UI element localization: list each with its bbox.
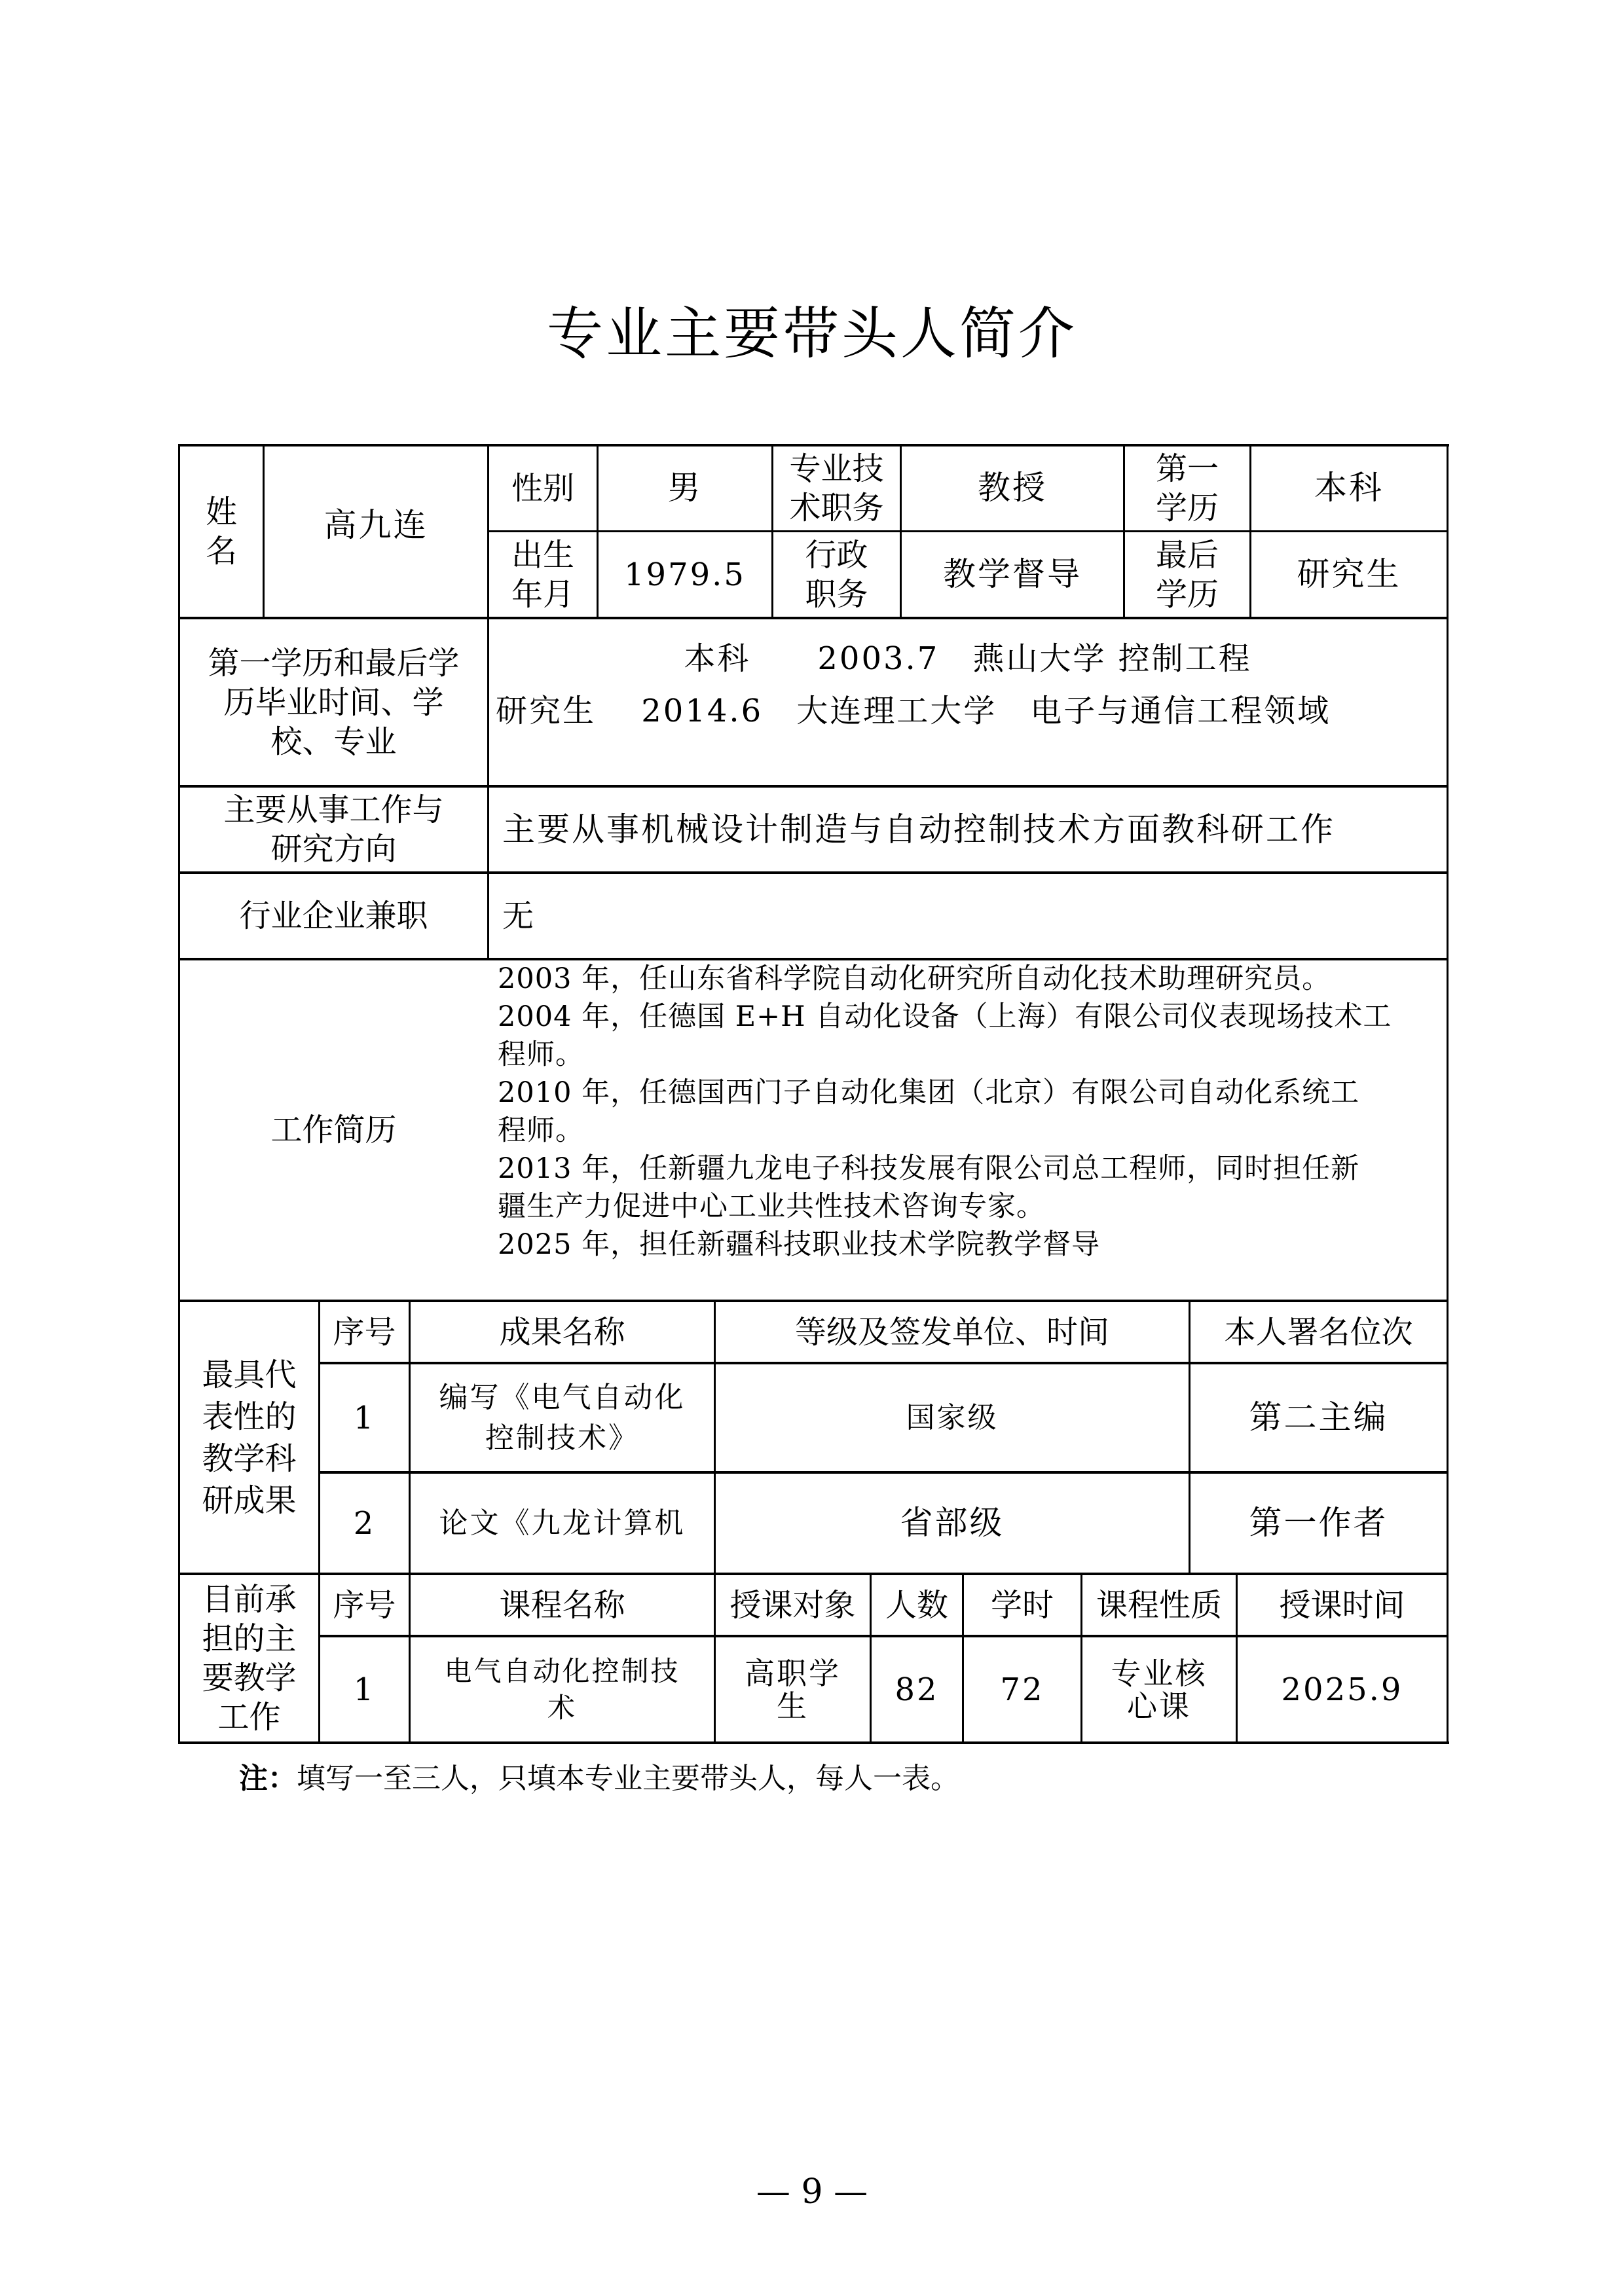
education-line-last: 研究生 2014.6 大连理工大学 电子与通信工程领域	[483, 685, 1453, 737]
footnote-text: 填写一至三人，只填本专业主要带头人，每人一表。	[297, 1762, 959, 1795]
teaching-row-1-course: 电气自动化控制技术	[411, 1637, 714, 1741]
resume-text: 2003 年，任山东省科学院自动化研究所自动化技术助理研究员。 2004 年，任…	[498, 960, 1441, 1264]
birth-value: 1979.5	[599, 532, 771, 617]
resume-line: 2010 年，任德国西门子自动化集团（北京）有限公司自动化系统工	[498, 1074, 1441, 1112]
teaching-row-1-time: 2025.9	[1238, 1637, 1447, 1741]
achievement-row-1-no: 1	[320, 1364, 409, 1471]
achievement-row-2-name: 论文《九龙计算机	[411, 1474, 714, 1573]
title-value: 教授	[902, 446, 1123, 530]
page-title: 专业主要带头人简介	[0, 288, 1624, 369]
table-border-right	[1447, 444, 1449, 1744]
teaching-header-audience: 授课对象	[716, 1575, 870, 1635]
resume-line: 2013 年，任新疆九龙电子科技发展有限公司总工程师，同时担任新	[498, 1150, 1441, 1188]
parttime-value: 无	[489, 874, 1447, 958]
achievement-row-1-rank: 第二主编	[1190, 1364, 1447, 1471]
parttime-label: 行业企业兼职	[180, 874, 487, 958]
resume-label: 工作简历	[180, 960, 487, 1300]
page-number: — 9 —	[0, 2172, 1624, 2212]
last-degree-label: 最后学历	[1125, 532, 1249, 617]
first-degree-value: 本科	[1251, 446, 1447, 530]
teaching-label: 目前承担的主要教学工作	[180, 1575, 318, 1741]
last-degree-value: 研究生	[1251, 532, 1447, 617]
research-value: 主要从事机械设计制造与自动控制技术方面教科研工作	[489, 788, 1447, 871]
teaching-header-no: 序号	[320, 1575, 409, 1635]
footnote: 注：填写一至三人，只填本专业主要带头人，每人一表。	[239, 1755, 959, 1796]
achievement-row-2-rank: 第一作者	[1190, 1474, 1447, 1573]
teaching-header-type: 课程性质	[1082, 1575, 1236, 1635]
achievements-header-level: 等级及签发单位、时间	[716, 1302, 1189, 1362]
achievements-header-name: 成果名称	[411, 1302, 714, 1362]
teaching-header-hours: 学时	[964, 1575, 1080, 1635]
resume-line: 程师。	[498, 1112, 1441, 1150]
teaching-row-1-hours: 72	[964, 1637, 1080, 1741]
achievements-header-no: 序号	[320, 1302, 409, 1362]
education-label: 第一学历和最后学历毕业时间、学校、专业	[180, 619, 487, 785]
birth-label: 出生年月	[489, 532, 597, 617]
achievement-row-1-level: 国家级	[716, 1364, 1189, 1471]
education-line-first: 本科 2003.7 燕山大学 控制工程	[684, 632, 1251, 685]
education-value: 本科 2003.7 燕山大学 控制工程 研究生 2014.6 大连理工大学 电子…	[489, 619, 1447, 785]
resume-line: 2025 年，担任新疆科技职业技术学院教学督导	[498, 1226, 1441, 1264]
teaching-row-1-count: 82	[872, 1637, 962, 1741]
name-label: 姓名	[180, 446, 263, 617]
resume-line: 疆生产力促进中心工业共性技术咨询专家。	[498, 1188, 1441, 1226]
footnote-prefix: 注：	[239, 1762, 297, 1795]
admin-label: 行政职务	[773, 532, 900, 617]
teaching-header-course: 课程名称	[411, 1575, 714, 1635]
teaching-row-1-no: 1	[320, 1637, 409, 1741]
resume-line: 2003 年，任山东省科学院自动化研究所自动化技术助理研究员。	[498, 960, 1441, 998]
teaching-row-1-type: 专业核心课	[1082, 1637, 1236, 1741]
teaching-header-time: 授课时间	[1238, 1575, 1447, 1635]
achievement-row-2-no: 2	[320, 1474, 409, 1573]
name-value: 高九连	[265, 446, 487, 617]
gender-value: 男	[599, 446, 771, 530]
achievements-header-rank: 本人署名位次	[1190, 1302, 1447, 1362]
gender-label: 性别	[489, 446, 597, 530]
teaching-row-1-audience: 高职学生	[716, 1637, 870, 1741]
achievement-row-1-name: 编写《电气自动化控制技术》	[411, 1364, 714, 1471]
achievements-label: 最具代表性的教学科研成果	[180, 1302, 318, 1573]
resume-line: 程师。	[498, 1036, 1441, 1074]
title-label: 专业技术职务	[773, 446, 900, 530]
research-label: 主要从事工作与研究方向	[180, 788, 487, 871]
admin-value: 教学督导	[902, 532, 1123, 617]
teaching-header-count: 人数	[872, 1575, 962, 1635]
achievement-row-2-level: 省部级	[716, 1474, 1189, 1573]
table-border-bottom	[179, 1741, 1449, 1744]
first-degree-label: 第一学历	[1125, 446, 1249, 530]
resume-line: 2004 年，任德国 E+H 自动化设备（上海）有限公司仪表现场技术工	[498, 998, 1441, 1036]
